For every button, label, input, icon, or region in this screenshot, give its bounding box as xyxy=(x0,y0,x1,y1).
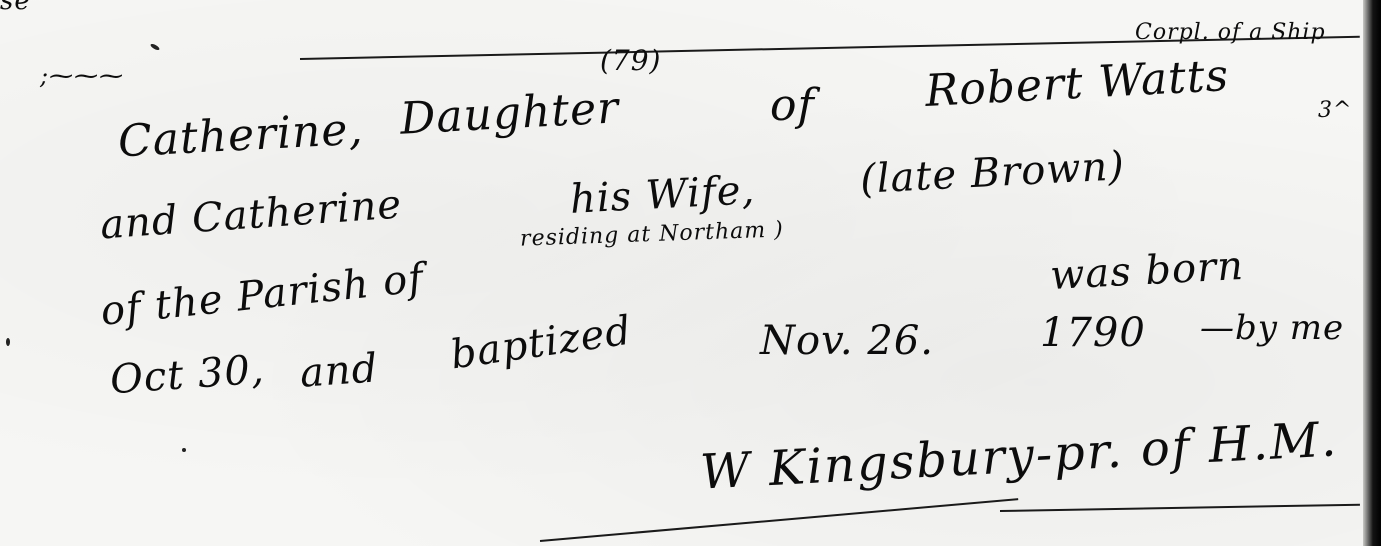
register-page: se ;⁓⁓⁓ (79) Corpl. of a Ship Catherine,… xyxy=(0,0,1381,546)
residence-note: residing at Northam ) xyxy=(520,217,784,251)
child-name: Catherine, xyxy=(117,104,365,168)
ink-dot xyxy=(6,338,10,346)
ink-mark xyxy=(150,43,161,51)
baptism-date: Nov. 26. xyxy=(760,318,934,364)
folio-number: (79) xyxy=(600,44,661,77)
maiden-name: (late Brown) xyxy=(859,143,1126,203)
signature: W Kingsbury-pr. of H.M. xyxy=(699,411,1339,500)
signature-underline xyxy=(540,498,1018,542)
mother-name: and Catherine xyxy=(99,182,404,249)
of-word: of xyxy=(770,80,815,131)
baptized-word: baptized xyxy=(448,308,635,379)
his-wife: his Wife, xyxy=(569,167,756,223)
relation-word: Daughter xyxy=(399,82,620,144)
father-suffix: 3^ xyxy=(1318,98,1352,123)
top-remnant-ink: se xyxy=(0,0,31,16)
by-me: —by me xyxy=(1200,308,1344,348)
baptism-year: 1790 xyxy=(1040,310,1146,356)
parish-label: of the Parish of xyxy=(98,255,426,335)
birth-date: Oct 30, xyxy=(109,347,266,404)
margin-note: Corpl. of a Ship xyxy=(1135,20,1326,45)
signature-underline-2 xyxy=(1000,504,1360,512)
father-name: Robert Watts xyxy=(924,50,1230,117)
and-word: and xyxy=(298,345,379,396)
ink-dot xyxy=(182,448,186,452)
was-born: was born xyxy=(1049,243,1245,299)
margin-dashes: ;⁓⁓⁓ xyxy=(40,62,124,90)
page-edge-shadow xyxy=(1363,0,1381,546)
